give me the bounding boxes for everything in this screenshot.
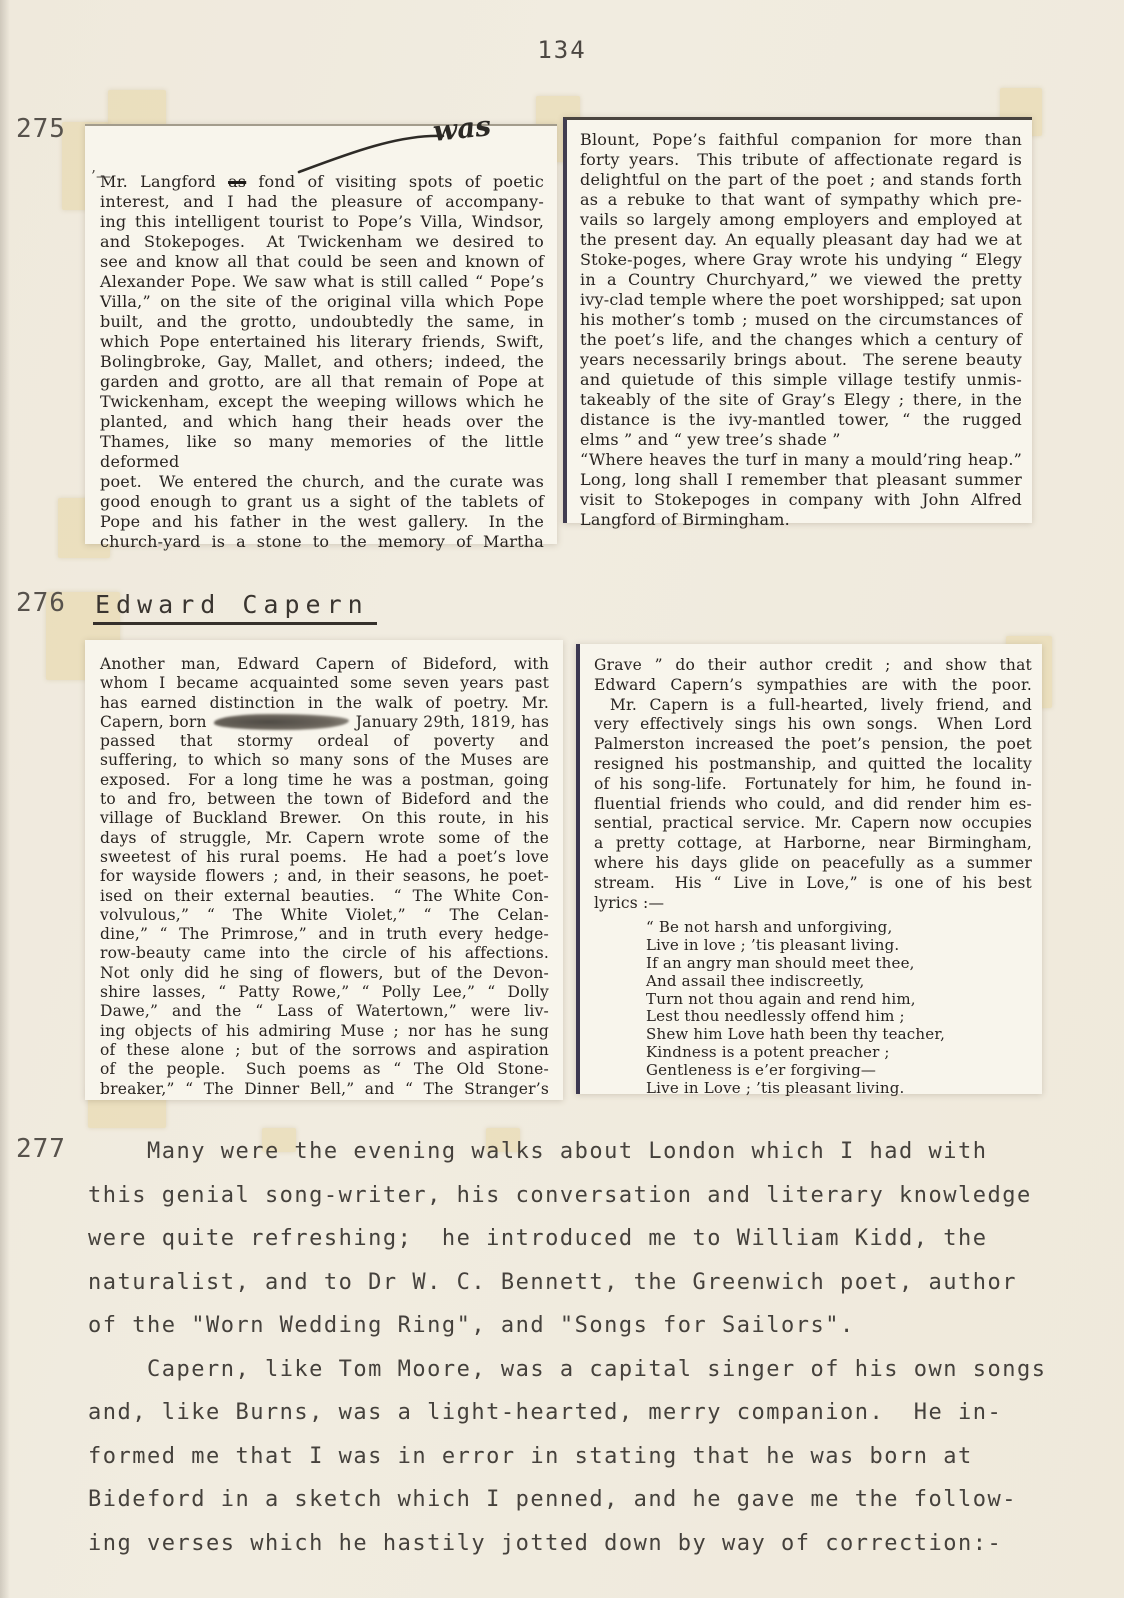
poem-live-in-love: “ Be not harsh and unforgiving,Live in l…: [646, 919, 1032, 1097]
text-line: in a Country Churchyard,” we viewed the …: [580, 270, 1022, 290]
text-line: Palmerston increased the poet’s pension,…: [594, 735, 1032, 755]
text-line: Edward Capern’s sympathies are with the …: [594, 676, 1032, 696]
column-text: interest, and I had the pleasure of acco…: [100, 192, 544, 552]
text-line: lyrics :—: [594, 894, 1032, 914]
line-fragment: Mr. Langford: [100, 172, 228, 191]
text-line: Bideford in a sketch which I penned, and…: [88, 1478, 1068, 1522]
text-line: If an angry man should meet thee,: [646, 955, 1032, 973]
text-line: Bolingbroke, Gay, Mallet, and others; in…: [100, 352, 544, 372]
line-fragment: January 29th, 1819, has: [356, 713, 549, 731]
text-line: poet. We entered the church, and the cur…: [100, 472, 544, 492]
text-line: elms ” and “ yew tree’s shade ”: [580, 430, 1022, 450]
text-line: dine,” “ The Primrose,” and in truth eve…: [100, 925, 549, 944]
text-line: exposed. For a long time he was a postma…: [100, 771, 549, 790]
text-line: whom I became acquainted some seven year…: [100, 674, 549, 693]
text-line: distance is the ivy-mantled tower, “ the…: [580, 410, 1022, 430]
text-line: Mr. Capern is a full-hearted, lively fri…: [594, 696, 1032, 716]
text-line: Gentleness is e’er forgiving—: [646, 1062, 1032, 1080]
text-line: passed that stormy ordeal of poverty and: [100, 732, 549, 751]
text-line: Many were the evening walks about London…: [88, 1130, 1068, 1174]
text-line: Shew him Love hath been thy teacher,: [646, 1026, 1032, 1044]
text-line: resigned his postmanship, and quitted th…: [594, 755, 1032, 775]
clipping-276-right-column: Grave ” do their author credit ; and sho…: [576, 644, 1042, 1094]
text-line: Pope and his father in the west gallery.…: [100, 512, 544, 532]
text-line: years necessarily brings about. The sere…: [580, 350, 1022, 370]
text-line: Mr. Langford as fond of visiting spots o…: [100, 172, 544, 192]
text-line: “Where heaves the turf in many a mould’r…: [580, 450, 1022, 470]
clipping-276-left-column: Another man, Edward Capern of Bideford, …: [85, 640, 563, 1100]
text-line: and Stokepoges. At Twickenham we desired…: [100, 232, 544, 252]
text-line: Turn not thou again and rend him,: [646, 991, 1032, 1009]
text-line: Villa,” on the site of the original vill…: [100, 292, 544, 312]
text-line: Lest thou needlessly offend him ;: [646, 1008, 1032, 1026]
text-line: of the people. Such poems as “ The Old S…: [100, 1060, 549, 1079]
text-line: shire lasses, “ Patty Rowe,” “ Polly Lee…: [100, 983, 549, 1002]
text-line: ivy-clad temple where the poet worshippe…: [580, 290, 1022, 310]
scrapbook-page: 134 275 ’— Mr. Langford as fond of visit…: [0, 0, 1124, 1598]
column-text: Another man, Edward Capern of Bideford, …: [100, 655, 549, 713]
text-line: Capern, bornJanuary 29th, 1819, has: [100, 713, 549, 732]
text-line: breaker,” “ The Dinner Bell,” and “ The …: [100, 1080, 549, 1099]
text-line: the poet’s life, and the changes which a…: [580, 330, 1022, 350]
column-text: passed that stormy ordeal of poverty and…: [100, 732, 549, 1099]
text-line: of the "Worn Wedding Ring", and "Songs f…: [88, 1304, 1068, 1348]
text-line: were quite refreshing; he introduced me …: [88, 1217, 1068, 1261]
text-line: his mother’s tomb ; mused on the circums…: [580, 310, 1022, 330]
text-line: volvulous,” “ The White Violet,” “ The C…: [100, 906, 549, 925]
text-line: which Pope entertained his literary frie…: [100, 332, 544, 352]
text-line: days of struggle, Mr. Capern wrote some …: [100, 829, 549, 848]
text-line: this genial song-writer, his conversatio…: [88, 1174, 1068, 1218]
text-line: where his days glide on peacefully as a …: [594, 854, 1032, 874]
clipping-275-left-column: ’— Mr. Langford as fond of visiting spot…: [85, 124, 557, 544]
text-line: “ Be not harsh and unforgiving,: [646, 919, 1032, 937]
text-line: and quietude of this simple village test…: [580, 370, 1022, 390]
text-line: stream. His “ Live in Love,” is one of h…: [594, 874, 1032, 894]
line-fragment: fond of visiting spots of poetic: [246, 172, 544, 191]
text-line: Thames, like so many memories of the lit…: [100, 432, 544, 472]
text-line: built, and the grotto, undoubtedly the s…: [100, 312, 544, 332]
text-line: planted, and which hang their heads over…: [100, 412, 544, 432]
text-line: for wayside flowers ; and, in their seas…: [100, 867, 549, 886]
text-line: Blount, Pope’s faithful companion for mo…: [580, 130, 1022, 150]
text-line: Stoke-poges, where Gray wrote his undyin…: [580, 250, 1022, 270]
text-line: takeably of the site of Gray’s Elegy ; t…: [580, 390, 1022, 410]
text-line: a pretty cottage, at Harborne, near Birm…: [594, 834, 1032, 854]
text-line: row-beauty came into the circle of his a…: [100, 944, 549, 963]
text-line: vails so largely among employers and emp…: [580, 210, 1022, 230]
column-text: Blount, Pope’s faithful companion for mo…: [580, 130, 1022, 530]
text-line: sweetest of his rural poems. He had a po…: [100, 848, 549, 867]
typed-paragraphs: Many were the evening walks about London…: [88, 1130, 1068, 1565]
clipping-275-right-column: Blount, Pope’s faithful companion for mo…: [563, 117, 1032, 523]
text-line: Another man, Edward Capern of Bideford, …: [100, 655, 549, 674]
text-line: ised on their external beauties. “ The W…: [100, 887, 549, 906]
text-line: ing objects of his admiring Muse ; nor h…: [100, 1022, 549, 1041]
struck-word: as: [228, 172, 246, 191]
text-line: Live in Love ; ’tis pleasant living.: [646, 1080, 1032, 1098]
text-line: Capern, like Tom Moore, was a capital si…: [88, 1348, 1068, 1392]
text-line: Kindness is a potent preacher ;: [646, 1044, 1032, 1062]
text-line: ing this intelligent tourist to Pope’s V…: [100, 212, 544, 232]
text-line: forty years. This tribute of affectionat…: [580, 150, 1022, 170]
text-line: formed me that I was in error in stating…: [88, 1435, 1068, 1479]
text-line: Dawe,” and the “ Lass of Watertown,” wer…: [100, 1002, 549, 1021]
text-line: village of Buckland Brewer. On this rout…: [100, 809, 549, 828]
text-line: and, like Burns, was a light-hearted, me…: [88, 1391, 1068, 1435]
margin-number-276: 276: [16, 588, 66, 618]
margin-number-277: 277: [16, 1134, 66, 1164]
text-line: garden and grotto, are all that remain o…: [100, 372, 544, 392]
text-line: suffering, to which so many sons of the …: [100, 751, 549, 770]
text-line: Langford of Birmingham.: [580, 510, 1022, 530]
text-line: Live in love ; ’tis pleasant living.: [646, 937, 1032, 955]
column-text: Grave ” do their author credit ; and sho…: [594, 656, 1032, 913]
print-artifact: ’—: [91, 166, 111, 186]
text-line: And assail thee indiscreetly,: [646, 973, 1032, 991]
page-number: 134: [0, 36, 1124, 64]
text-line: interest, and I had the pleasure of acco…: [100, 192, 544, 212]
text-line: good enough to grant us a sight of the t…: [100, 492, 544, 512]
text-line: naturalist, and to Dr W. C. Bennett, the…: [88, 1261, 1068, 1305]
line-fragment: Capern, born: [100, 713, 207, 731]
margin-number-275: 275: [16, 114, 66, 144]
text-line: Long, long shall I remember that pleasan…: [580, 470, 1022, 490]
text-line: sential, practical service. Mr. Capern n…: [594, 814, 1032, 834]
text-line: see and know all that could be seen and …: [100, 252, 544, 272]
text-line: has earned distinction in the walk of po…: [100, 694, 549, 713]
ink-smudge: [214, 714, 349, 730]
text-line: very effectively sings his own songs. Wh…: [594, 715, 1032, 735]
text-line: as a rebuke to that want of sympathy whi…: [580, 190, 1022, 210]
text-line: Not only did he sing of flowers, but of …: [100, 964, 549, 983]
text-line: delightful on the part of the poet ; and…: [580, 170, 1022, 190]
text-line: Grave ” do their author credit ; and sho…: [594, 656, 1032, 676]
text-line: visit to Stokepoges in company with John…: [580, 490, 1022, 510]
text-line: of these alone ; but of the sorrows and …: [100, 1041, 549, 1060]
text-line: to and fro, between the town of Bideford…: [100, 790, 549, 809]
text-line: ing verses which he hastily jotted down …: [88, 1522, 1068, 1566]
text-line: Alexander Pope. We saw what is still cal…: [100, 272, 544, 292]
text-line: Twickenham, except the weeping willows w…: [100, 392, 544, 412]
text-line: of his song-life. Fortunately for him, h…: [594, 775, 1032, 795]
text-line: church-yard is a stone to the memory of …: [100, 532, 544, 552]
section-heading: Edward Capern: [93, 590, 377, 625]
text-line: fluential friends who could, and did ren…: [594, 795, 1032, 815]
text-line: the present day. An equally pleasant day…: [580, 230, 1022, 250]
